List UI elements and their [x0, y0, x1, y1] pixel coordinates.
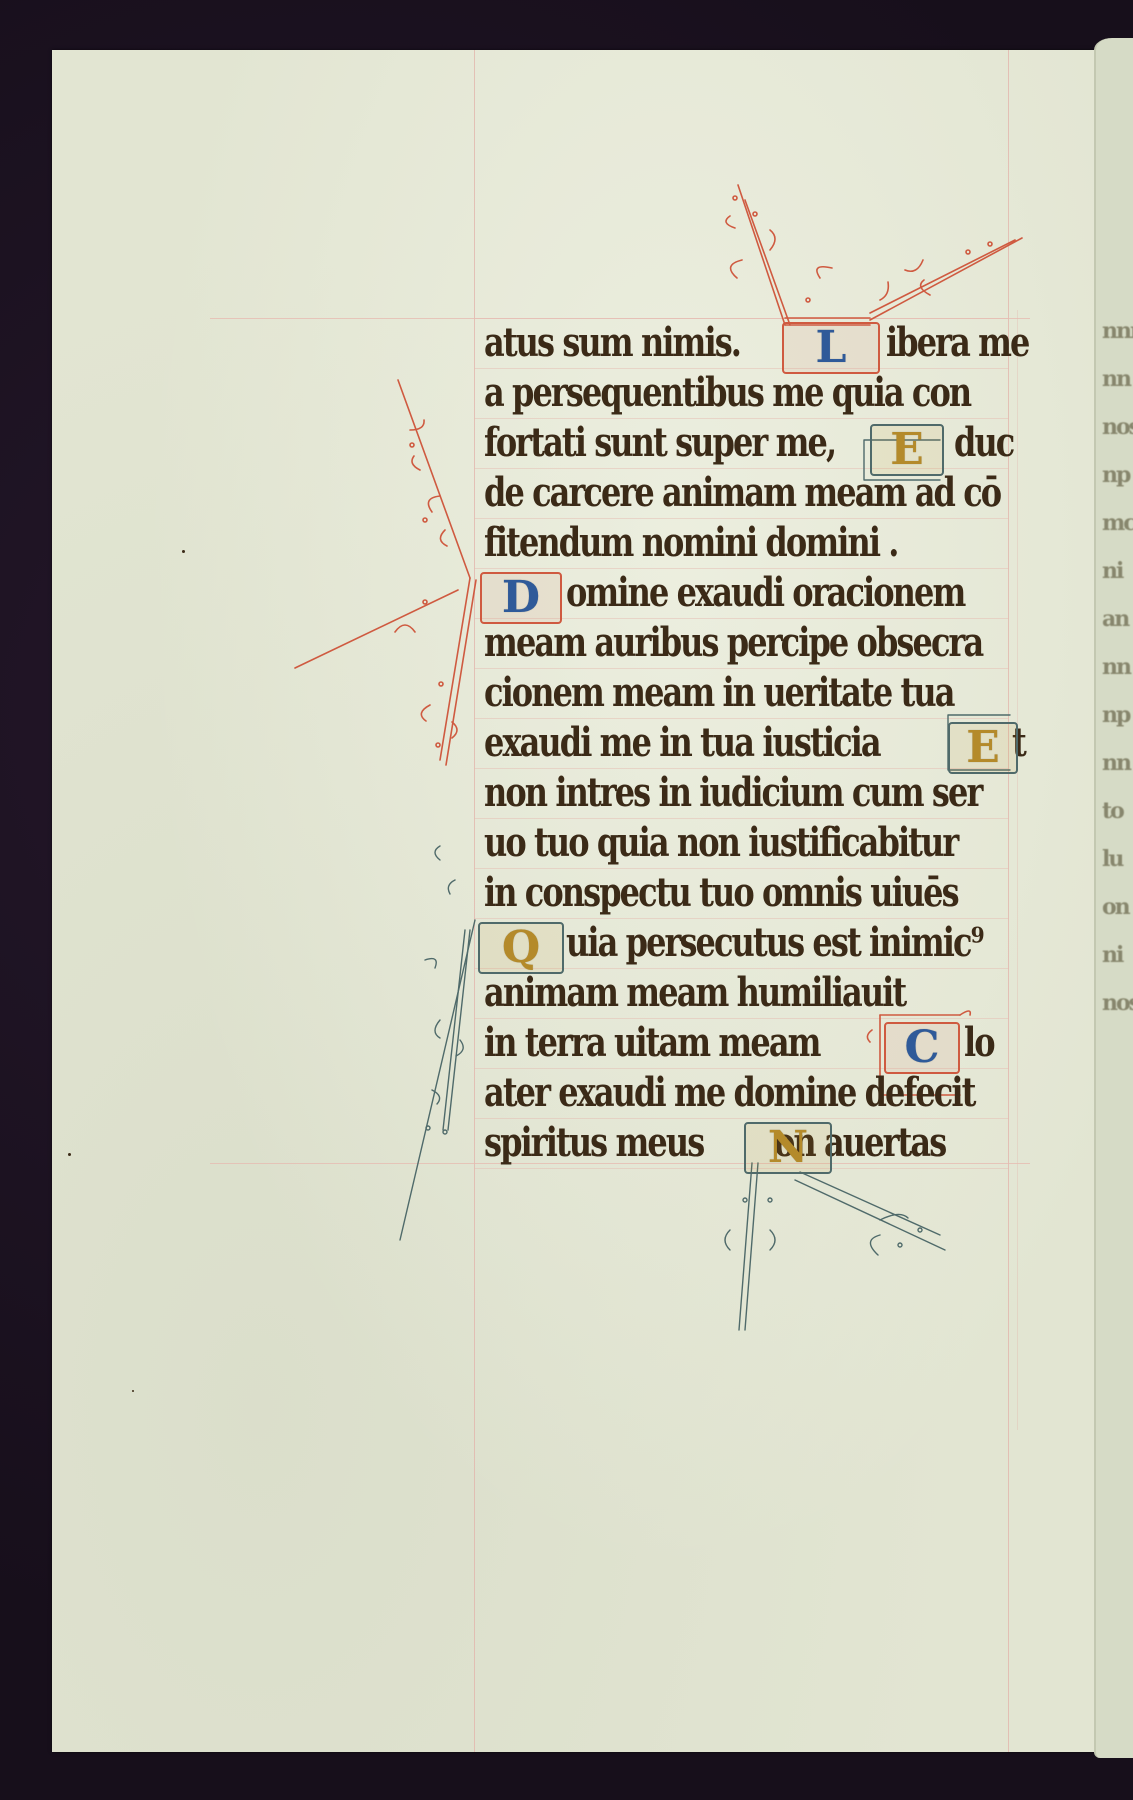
text-line-5: fitendum nomini domini .	[484, 518, 916, 568]
initial-E-gold: E	[870, 424, 944, 476]
text-line-13: uia persecutus est inimic⁹	[566, 918, 998, 968]
text-line-10: non intres in iudicium cum ser	[484, 768, 916, 818]
initial-C-blue: C	[884, 1022, 960, 1074]
text-line-9: exaudi me in tua iusticia	[484, 718, 916, 768]
initial-L-blue: L	[782, 322, 880, 374]
initial-Q-gold: Q	[478, 922, 564, 974]
text-line-1-tail: ibera me	[886, 318, 1014, 368]
text-line-11: uo tuo quia non iustificabitur	[484, 818, 916, 868]
text-line-3-tail: duc	[954, 418, 1018, 468]
text-line-12: in conspectu tuo omnis uiuēs	[484, 868, 916, 918]
text-line-3: fortati sunt super me,	[484, 418, 916, 468]
initial-N-gold: N	[744, 1122, 832, 1174]
initial-E-gold: E	[948, 722, 1018, 774]
text-line-14: animam meam humiliauit	[484, 968, 916, 1018]
text-line-16: ater exaudi me domine defecit	[484, 1068, 916, 1118]
text-line-7: meam auribus percipe obsecra	[484, 618, 916, 668]
text-line-8: cionem meam in ueritate tua	[484, 668, 916, 718]
text-line-15-tail: lo	[964, 1018, 1012, 1068]
text-line-4: de carcere animam meam ad cō	[484, 468, 916, 518]
text-line-2: a persequentibus me quia con	[484, 368, 916, 418]
initial-D-blue: D	[480, 572, 562, 624]
text-line-15: in terra uitam meam	[484, 1018, 916, 1068]
text-line-6: omine exaudi oracionem	[566, 568, 998, 618]
